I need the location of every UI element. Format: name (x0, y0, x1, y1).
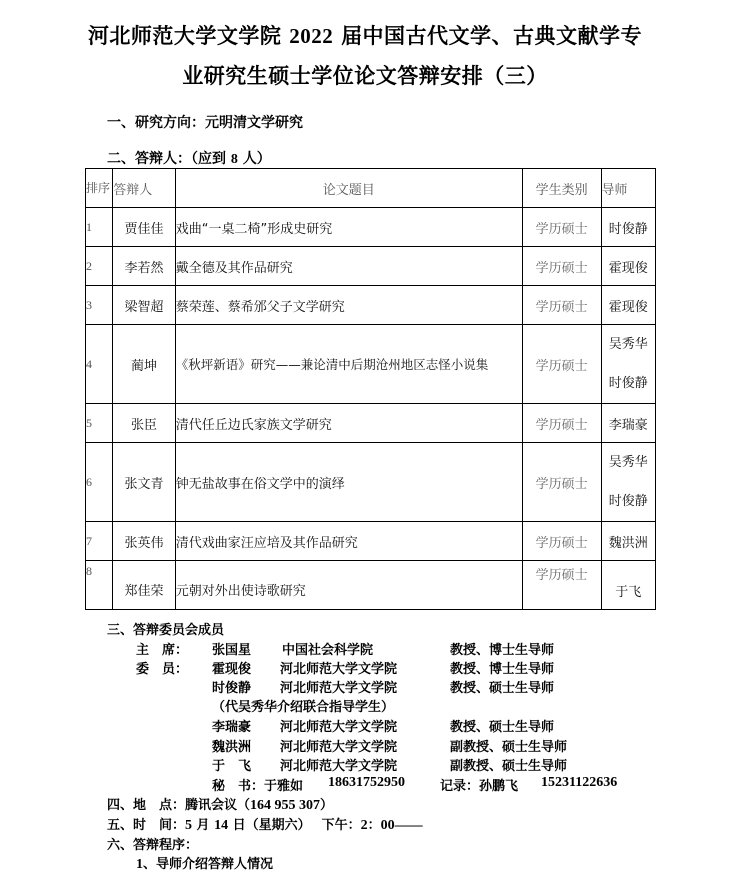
member-org: 中国社会科学院 (282, 639, 373, 658)
defenders-label: 二、答辩人：（应到 (107, 151, 226, 167)
advisor-1: 吴秀华 (602, 443, 656, 482)
member-role: 委 员： (136, 658, 188, 677)
row-name: 张臣 (113, 404, 176, 443)
recorder-phone: 15231122636 (541, 775, 617, 791)
member-name: 李瑞豪 (212, 716, 251, 735)
secretary-phone: 18631752950 (328, 775, 405, 791)
header-advisor: 导师 (601, 169, 656, 208)
member-name: 于 飞 (212, 755, 251, 774)
row-type: 学历硕士 (522, 325, 601, 404)
table-row: 1 贾佳佳 戏曲“一桌二椅”形成史研究 学历硕士 时俊静 (86, 208, 656, 247)
row-name: 张文青 (113, 443, 176, 522)
title-prefix: 河北师范大学文学院 (88, 24, 282, 48)
procedure-step-1: 1、导师介绍答辩人情况 (136, 853, 273, 873)
header-index: 排序 (86, 169, 113, 208)
row-type: 学历硕士 (522, 522, 601, 561)
header-thesis: 论文题目 (175, 169, 522, 208)
member-title: 教授、博士生导师 (450, 639, 554, 658)
title-suffix: 届中国古代文学、古典文献学专 (341, 24, 642, 48)
member-title: 副教授、硕士生导师 (450, 755, 567, 774)
section-time: 五、时 间：5 月 14 日（星期六） 下午：2：00—— (107, 814, 423, 834)
defenders-count: 8 (231, 152, 238, 167)
recorder-label: 记录：孙鹏飞 (440, 775, 518, 794)
table-row: 7 张英伟 清代戏曲家汪应培及其作品研究 学历硕士 魏洪洲 (86, 522, 656, 561)
time-day: 14 (214, 818, 228, 833)
table-row: 2 李若然 戴全德及其作品研究 学历硕士 霍现俊 (86, 247, 656, 286)
table-row: 3 梁智超 蔡荣莲、蔡希邠父子文学研究 学历硕士 霍现俊 (86, 286, 656, 325)
row-index: 7 (86, 522, 113, 561)
chair-role: 主 席： (136, 639, 188, 658)
row-name: 李若然 (113, 247, 176, 286)
row-advisors: 吴秀华时俊静 (601, 325, 656, 404)
time-min: 00—— (381, 818, 423, 833)
row-name: 蔺坤 (113, 325, 176, 404)
title-year: 2022 (289, 24, 333, 48)
table-row: 6 张文青 钟无盐故事在俗文学中的演绎 学历硕士 吴秀华时俊静 (86, 443, 656, 522)
row-name: 梁智超 (113, 286, 176, 325)
defense-roster-table: 排序 答辩人 论文题目 学生类别 导师 1 贾佳佳 戏曲“一桌二椅”形成史研究 … (85, 168, 656, 610)
row-thesis: 戴全德及其作品研究 (175, 247, 522, 286)
row-thesis: 钟无盐故事在俗文学中的演绎 (175, 443, 522, 522)
member-org: 河北师范大学文学院 (280, 677, 397, 696)
meeting-id: 164 955 307 (250, 798, 320, 813)
row-type: 学历硕士 (522, 404, 601, 443)
row-thesis: 戏曲“一桌二椅”形成史研究 (175, 208, 522, 247)
location-close: ） (320, 798, 333, 813)
advisor-2: 时俊静 (602, 364, 656, 403)
member-name: 霍现俊 (212, 658, 251, 677)
row-advisor: 于飞 (601, 561, 656, 610)
row-thesis: 清代任丘边氏家族文学研究 (175, 404, 522, 443)
section-committee: 三、答辩委员会成员 (107, 619, 224, 638)
header-type: 学生类别 (522, 169, 601, 208)
row-thesis: 《秋坪新语》研究——兼论清中后期沧州地区志怪小说集 (175, 325, 522, 404)
section-location: 四、地 点：腾讯会议（164 955 307） (107, 794, 333, 814)
row-thesis: 元朝对外出使诗歌研究 (175, 561, 522, 610)
table-row: 8 郑佳荣 元朝对外出使诗歌研究 学历硕士 于飞 (86, 561, 656, 610)
row-thesis: 清代戏曲家汪应培及其作品研究 (175, 522, 522, 561)
time-label: 五、时 间： (107, 818, 185, 833)
table-row: 4 蔺坤 《秋坪新语》研究——兼论清中后期沧州地区志怪小说集 学历硕士 吴秀华时… (86, 325, 656, 404)
row-advisor: 霍现俊 (601, 286, 656, 325)
row-thesis: 蔡荣莲、蔡希邠父子文学研究 (175, 286, 522, 325)
row-type: 学历硕士 (522, 208, 601, 247)
member-org: 河北师范大学文学院 (280, 716, 397, 735)
member-name: 时俊静 (212, 677, 251, 696)
member-title: 教授、硕士生导师 (450, 677, 554, 696)
row-type: 学历硕士 (522, 443, 601, 522)
section-defenders: 二、答辩人：（应到 8 人） (107, 148, 271, 168)
time-hour: 2 (361, 818, 368, 833)
row-index: 2 (86, 247, 113, 286)
member-title: 副教授、硕士生导师 (450, 736, 567, 755)
advisor-2: 时俊静 (602, 482, 656, 521)
location-label: 四、地 点：腾讯会议（ (107, 798, 250, 813)
table-header-row: 排序 答辩人 论文题目 学生类别 导师 (86, 169, 656, 208)
row-index: 6 (86, 443, 113, 522)
member-name: 张国星 (212, 639, 251, 658)
row-advisor: 李瑞豪 (601, 404, 656, 443)
document-title-line1: 河北师范大学文学院 2022 届中国古代文学、古典文献学专 (0, 20, 730, 50)
header-name: 答辩人 (113, 169, 176, 208)
row-type: 学历硕士 (522, 561, 601, 610)
time-sep: ： (368, 818, 381, 833)
member-org: 河北师范大学文学院 (280, 755, 397, 774)
committee-note: （代吴秀华介绍联合指导学生） (212, 696, 394, 715)
advisor-1: 吴秀华 (602, 325, 656, 364)
defenders-suffix: 人） (243, 151, 271, 167)
row-advisor: 时俊静 (601, 208, 656, 247)
table-row: 5 张臣 清代任丘边氏家族文学研究 学历硕士 李瑞豪 (86, 404, 656, 443)
step-text: 、导师介绍答辩人情况 (143, 857, 273, 872)
time-day-label: 日（星期六） 下午： (233, 818, 361, 833)
row-advisors: 吴秀华时俊静 (601, 443, 656, 522)
member-org: 河北师范大学文学院 (280, 658, 397, 677)
row-index: 4 (86, 325, 113, 404)
step-number: 1 (136, 857, 143, 872)
document-title-line2: 业研究生硕士学位论文答辩安排（三） (0, 60, 730, 90)
member-title: 教授、硕士生导师 (450, 716, 554, 735)
row-index: 8 (86, 561, 113, 610)
section-procedure: 六、答辩程序： (107, 834, 198, 853)
member-org: 河北师范大学文学院 (280, 736, 397, 755)
section-research-direction: 一、研究方向：元明清文学研究 (107, 112, 303, 132)
row-index: 3 (86, 286, 113, 325)
row-name: 张英伟 (113, 522, 176, 561)
row-index: 5 (86, 404, 113, 443)
row-index: 1 (86, 208, 113, 247)
row-advisor: 魏洪洲 (601, 522, 656, 561)
secretary-label: 秘 书：于雅如 (212, 775, 303, 794)
row-advisor: 霍现俊 (601, 247, 656, 286)
member-name: 魏洪洲 (212, 736, 251, 755)
row-type: 学历硕士 (522, 247, 601, 286)
time-month: 5 (185, 818, 192, 833)
time-month-label: 月 (197, 818, 210, 833)
row-type: 学历硕士 (522, 286, 601, 325)
row-name: 贾佳佳 (113, 208, 176, 247)
row-name: 郑佳荣 (113, 561, 176, 610)
member-title: 教授、博士生导师 (450, 658, 554, 677)
